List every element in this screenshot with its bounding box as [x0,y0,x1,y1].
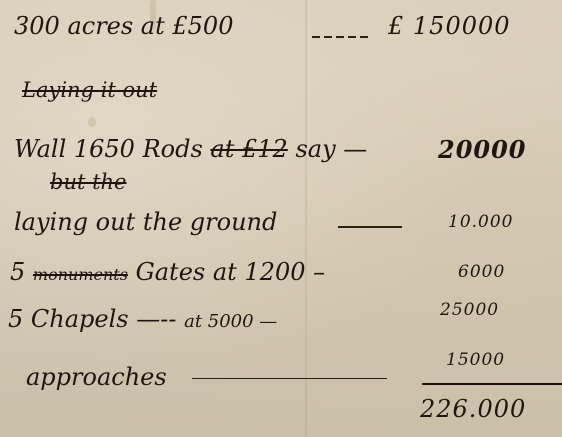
chapels-dashes: —-- [136,305,176,333]
entry-ground-label: laying out the ground [14,208,277,236]
gates-struck-word: monuments [33,265,128,284]
leader-dashes [312,36,372,38]
chapels-rate: at 5000 — [184,311,277,332]
wall-say: say — [295,135,367,163]
ink-stain [88,117,96,127]
entry-ground-amount: 10.000 [448,212,513,232]
entry-struck-laying: Laying it out [22,78,157,102]
leader-line [338,226,402,228]
entry-struck-but: but the [50,170,126,194]
entry-gates-amount: 6000 [458,262,505,282]
entry-approaches-amount: 15000 [446,350,505,370]
entry-land-label: 300 acres at £500 [14,12,233,40]
entry-approaches-label: approaches [26,363,167,391]
sum-rule [422,383,562,385]
entry-wall-label: Wall 1650 Rods at £12 say — [14,135,367,163]
chapels-label: 5 Chapels [8,305,129,333]
leader-line [192,378,387,379]
entry-chapels-amount: 25000 [440,300,499,320]
entry-land-amount: £ 150000 [388,12,511,40]
paper-fold [305,0,307,437]
entry-gates-label: 5 monuments Gates at 1200 – [10,258,325,286]
entry-wall-amount: 20000 [438,135,527,164]
entry-chapels-label: 5 Chapels —-- at 5000 — [8,305,277,333]
wall-struck-rate: at £12 [210,135,287,163]
gates-label: Gates at 1200 – [136,258,326,286]
wall-label: Wall 1650 Rods [14,135,203,163]
gates-count: 5 [10,258,25,286]
total-amount: 226.000 [420,395,526,423]
